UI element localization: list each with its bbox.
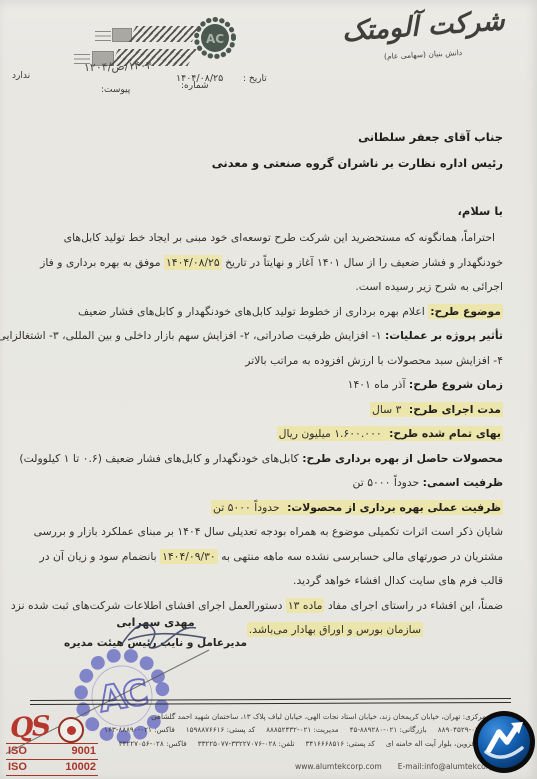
contact-item: کد پستی: ۱۵۹۸۸۷۶۶۱۶ bbox=[186, 723, 255, 737]
body-line: موضوع طرح: اعلام بهره برداری از خطوط تول… bbox=[28, 300, 503, 325]
body-line: ظرفیت عملی بهره برداری از محصولات: حدودا… bbox=[28, 496, 503, 521]
number-label: شماره: bbox=[181, 81, 209, 91]
letter-page: شرکت آلومتک دانش بنیان (سهامی عام) AC تا… bbox=[0, 0, 537, 779]
body-line: قالب فرم های سایت کدال افشاء خواهد گردید… bbox=[28, 569, 503, 594]
letterhead-brand: شرکت آلومتک دانش بنیان (سهامی عام) bbox=[317, 12, 529, 61]
gear-logo-text: AC bbox=[206, 32, 224, 46]
website-url: www.alumtekcorp.com bbox=[295, 762, 382, 771]
contacts-line-3: کارخانه: قزوین، بلوار آیت اله خامنه ایکد… bbox=[49, 737, 501, 751]
body-line: جناب آقای جعفر سلطانی bbox=[28, 124, 503, 150]
body-line: زمان شروع طرح: آذر ماه ۱۴۰۱ bbox=[28, 373, 503, 398]
attachment-label: پیوست: bbox=[101, 85, 130, 95]
date-label: تاریخ : bbox=[243, 74, 267, 84]
address-line-1: دفتر مرکزی: تهران، خیابان کریمخان زند، خ… bbox=[49, 710, 501, 723]
body-line: با سلام، bbox=[28, 196, 503, 226]
contact-item: بازرگانی: ۰۲۱-۸۸۹۲۸۰-۴۵ bbox=[350, 723, 427, 737]
body-line: مشتریان در صورتهای مالی حسابرسی نشده سه … bbox=[28, 545, 503, 570]
body-line: احتراماً، همانگونه که مستحضرید این شرکت … bbox=[28, 226, 503, 251]
cable-illustration-top-wires bbox=[95, 30, 111, 41]
contacts-line-2: تلفن: ۰۲۱-۸۸۹۰۴۵۲۹بازرگانی: ۰۲۱-۸۸۹۲۸۰-۴… bbox=[49, 723, 501, 737]
number-value-handwritten: ۱۴۰۴/ص/۱۲۰۴ bbox=[84, 59, 152, 74]
body-line: رئیس اداره نظارت بر ناشران گروه صنعتی و … bbox=[28, 150, 503, 176]
body-line: محصولات حاصل از بهره برداری طرح: کابل‌ها… bbox=[28, 447, 503, 472]
qs-certification-logo: QS bbox=[9, 711, 50, 745]
codal-logo-icon bbox=[472, 710, 536, 774]
cable-illustration-top bbox=[128, 26, 201, 42]
body-line: خودنگهدار و فشار ضعیف را از سال ۱۴۰۱ آغا… bbox=[28, 251, 503, 276]
footer-address-block: دفتر مرکزی: تهران، خیابان کریمخان زند، خ… bbox=[49, 710, 501, 750]
body-line: تأثیر پروژه بر عملیات: ۱- افزایش ظرفیت ص… bbox=[28, 324, 503, 349]
contact-item: مدیریت: ۰۲۱-۸۸۸۵۲۴۳۲ bbox=[266, 723, 338, 737]
company-subtitle: دانش بنیان (سهامی عام) bbox=[384, 48, 463, 61]
letter-body: جناب آقای جعفر سلطانیرئیس اداره نظارت بر… bbox=[28, 124, 503, 643]
contact-item: فاکس: ۰۲۱-۸۸۸۹۰-۱۶۳ bbox=[104, 723, 175, 737]
body-line: ظرفیت اسمی: حدوداً ۵۰۰۰ تن bbox=[28, 471, 503, 496]
iso-label: ISO bbox=[8, 744, 27, 759]
company-gear-logo-icon: AC bbox=[193, 16, 237, 60]
footer-divider-rule bbox=[30, 698, 511, 705]
iso-label: ISO bbox=[8, 760, 27, 775]
iso-row: ISO 10002 bbox=[6, 759, 98, 776]
contact-item: تلفن: ۰۲۸-۳۳۲۲۷۰۷۶-۳۳۲۲۵۰۷۷ bbox=[198, 737, 295, 751]
body-line: اجرائی به شرح زیر رسیده است. bbox=[28, 275, 503, 300]
body-line: بهای تمام شده طرح: ۱.۶۰۰.۰۰۰ میلیون ریال bbox=[28, 422, 503, 447]
contact-item: فاکس: ۰۲۸-۳۳۲۲۷۰۵۶ bbox=[119, 737, 187, 751]
body-line: شایان ذکر است اثرات تکمیلی موضوع به همرا… bbox=[28, 520, 503, 545]
body-line: ۴- افزایش سبد محصولات با ارزش افزوده به … bbox=[28, 349, 503, 374]
body-line: ضمناً، این افشاء در راستای اجرای مفاد ما… bbox=[28, 594, 503, 619]
company-name-calligraphy: شرکت آلومتک bbox=[341, 6, 505, 47]
body-line bbox=[28, 176, 503, 196]
contact-item: کد پستی: ۳۴۱۶۶۶۸۵۱۶ bbox=[305, 737, 374, 751]
body-line: مدت اجرای طرح: ۳ سال bbox=[28, 398, 503, 423]
iso-value: 10002 bbox=[65, 760, 96, 775]
attachment-value: ندارد bbox=[12, 71, 30, 81]
